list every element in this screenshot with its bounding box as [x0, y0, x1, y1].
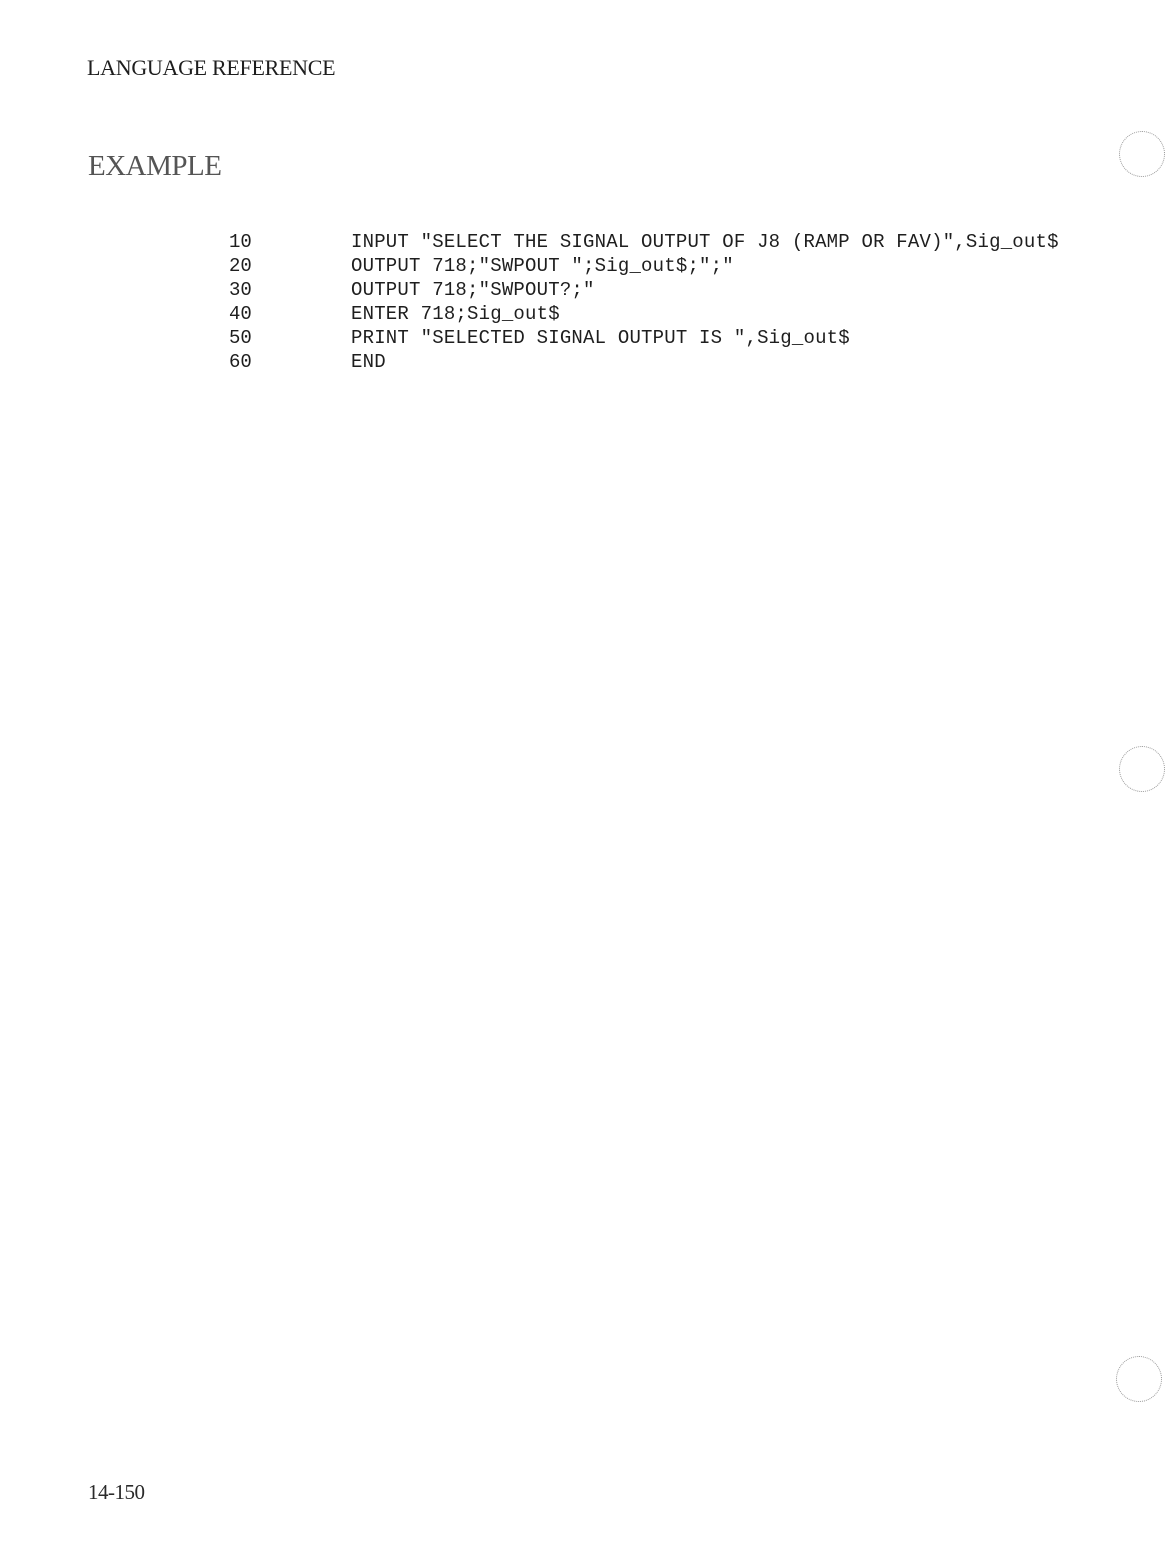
- line-code: ENTER 718;Sig_out$: [351, 302, 560, 326]
- code-line: 40 ENTER 718;Sig_out$: [229, 302, 1059, 326]
- running-header: LANGUAGE REFERENCE: [87, 55, 335, 81]
- line-code: OUTPUT 718;"SWPOUT?;": [351, 278, 595, 302]
- page-number: 14-150: [88, 1480, 145, 1505]
- code-line: 60 END: [229, 350, 1059, 374]
- line-code: OUTPUT 718;"SWPOUT ";Sig_out$;";": [351, 254, 734, 278]
- line-code: PRINT "SELECTED SIGNAL OUTPUT IS ",Sig_o…: [351, 326, 850, 350]
- line-code: INPUT "SELECT THE SIGNAL OUTPUT OF J8 (R…: [351, 230, 1059, 254]
- line-number: 10: [229, 230, 351, 254]
- line-number: 40: [229, 302, 351, 326]
- line-code: END: [351, 350, 386, 374]
- line-number: 50: [229, 326, 351, 350]
- punch-hole-icon: [1116, 1356, 1162, 1402]
- punch-hole-icon: [1119, 131, 1165, 177]
- code-line: 30 OUTPUT 718;"SWPOUT?;": [229, 278, 1059, 302]
- code-line: 50 PRINT "SELECTED SIGNAL OUTPUT IS ",Si…: [229, 326, 1059, 350]
- section-title-example: EXAMPLE: [88, 150, 221, 183]
- code-line: 10 INPUT "SELECT THE SIGNAL OUTPUT OF J8…: [229, 230, 1059, 254]
- code-line: 20 OUTPUT 718;"SWPOUT ";Sig_out$;";": [229, 254, 1059, 278]
- line-number: 60: [229, 350, 351, 374]
- punch-hole-icon: [1119, 746, 1165, 792]
- code-listing: 10 INPUT "SELECT THE SIGNAL OUTPUT OF J8…: [229, 230, 1059, 374]
- line-number: 20: [229, 254, 351, 278]
- line-number: 30: [229, 278, 351, 302]
